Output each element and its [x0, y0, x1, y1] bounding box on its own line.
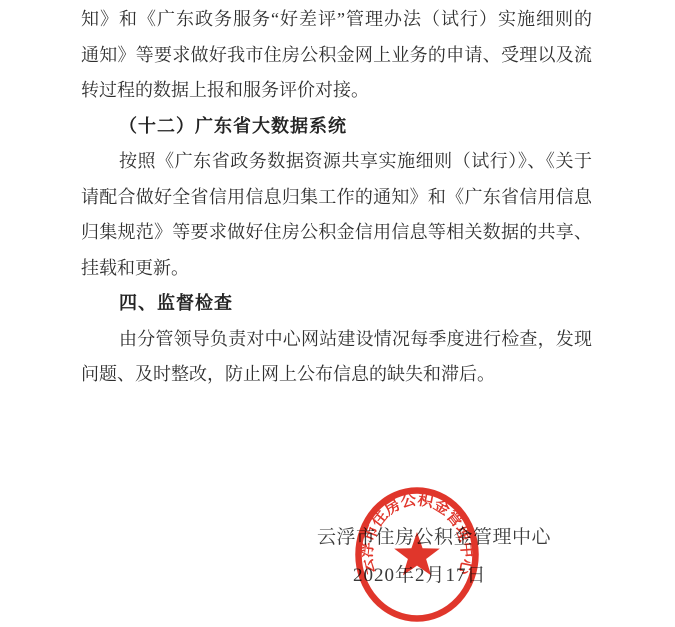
document-line: 按照《广东省政务数据资源共享实施细则（试行）》、《关于	[81, 144, 592, 180]
official-seal: 云浮市住房公积金管理中心	[353, 487, 481, 622]
section-heading: 四、监督检查	[81, 286, 592, 322]
document-line: 通知》等要求做好我市住房公积金网上业务的申请、受理以及流	[81, 38, 592, 74]
document-page: 知》和《广东政务服务“好差评”管理办法（试行）实施细则的 通知》等要求做好我市住…	[0, 0, 675, 627]
section-heading: （十二）广东省大数据系统	[81, 109, 592, 145]
document-line: 挂载和更新。	[81, 251, 592, 287]
signature-organization: 云浮市住房公积金管理中心	[317, 522, 551, 549]
document-line: 由分管领导负责对中心网站建设情况每季度进行检查，发现	[81, 322, 592, 358]
signature-date: 2020年2月17日	[353, 560, 487, 587]
seal-ring	[359, 491, 476, 619]
document-line: 问题、及时整改，防止网上公布信息的缺失和滞后。	[81, 357, 592, 393]
document-line: 知》和《广东政务服务“好差评”管理办法（试行）实施细则的	[81, 2, 592, 38]
document-body: 知》和《广东政务服务“好差评”管理办法（试行）实施细则的 通知》等要求做好我市住…	[81, 2, 592, 393]
document-line: 请配合做好全省信用信息归集工作的通知》和《广东省信用信息	[81, 180, 592, 216]
document-line: 归集规范》等要求做好住房公积金信用信息等相关数据的共享、	[81, 215, 592, 251]
document-line: 转过程的数据上报和服务评价对接。	[81, 73, 592, 109]
